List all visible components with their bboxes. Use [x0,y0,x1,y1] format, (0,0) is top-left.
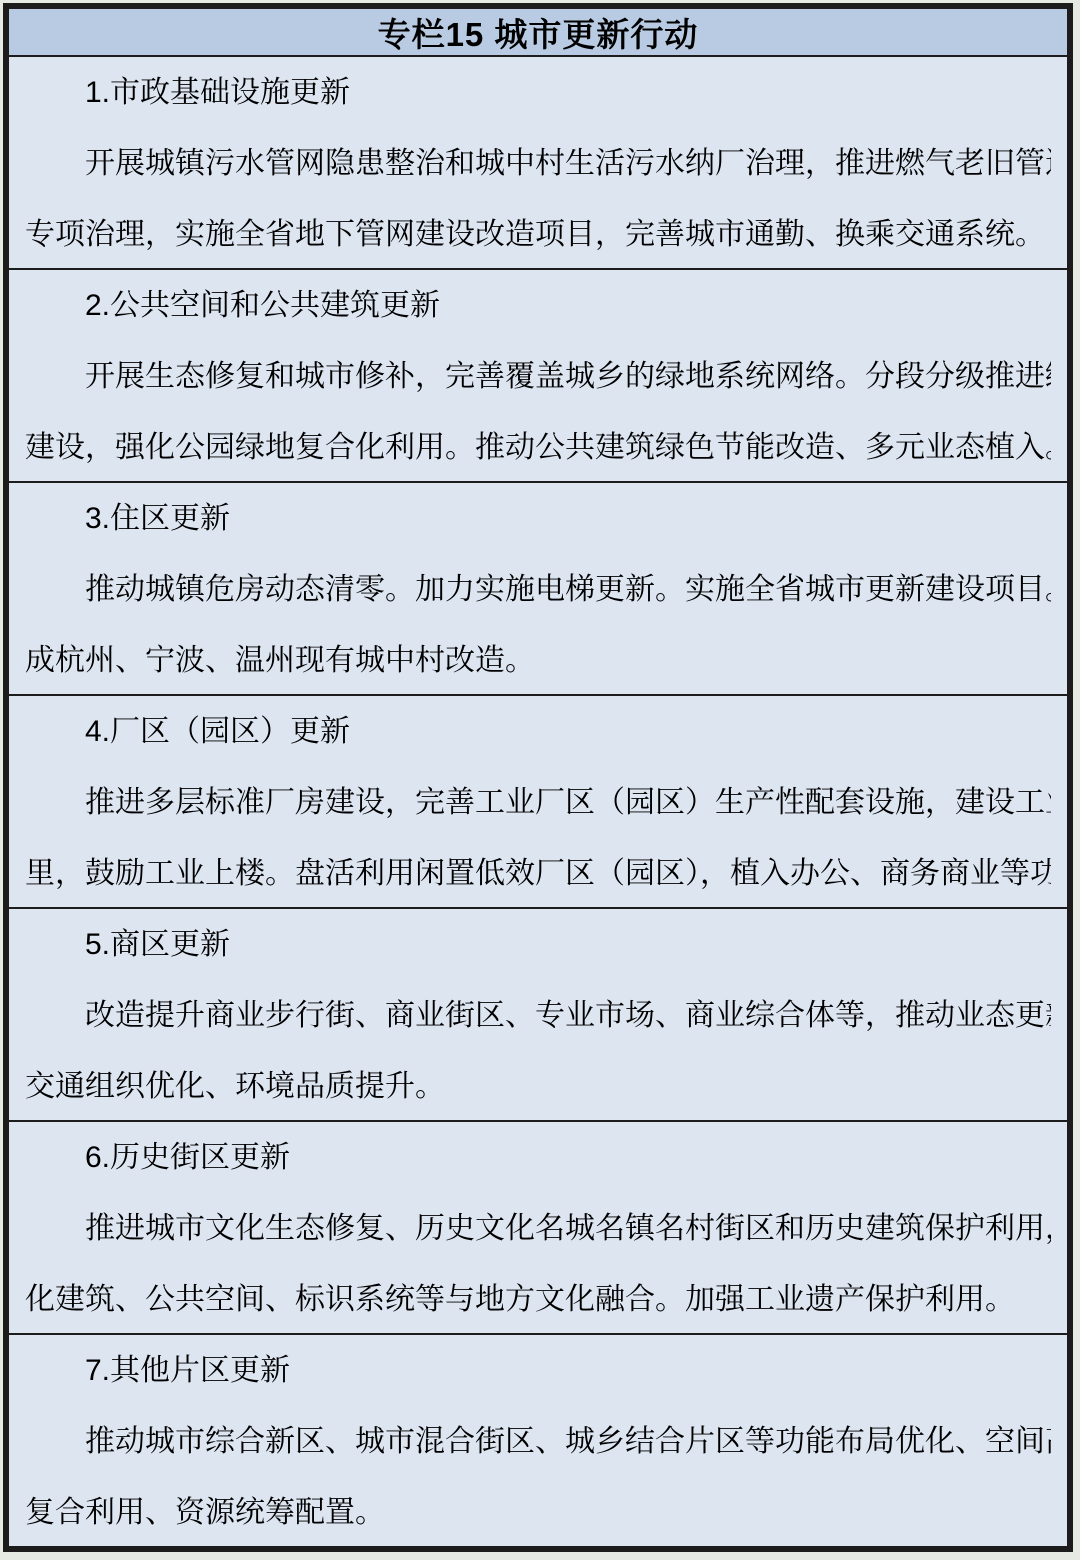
box-title: 专栏15 城市更新行动 [9,9,1067,57]
section-heading: 5.商区更新 [25,909,1051,980]
policy-box: 专栏15 城市更新行动 1.市政基础设施更新 开展城镇污水管网隐患整治和城中村生… [3,3,1073,1552]
section-text-line: 建设，强化公园绿地复合化利用。推动公共建筑绿色节能改造、多元业态植入。 [25,412,1051,483]
section-commercial-district: 5.商区更新 改造提升商业步行街、商业街区、专业市场、商业综合体等，推动业态更新… [9,909,1067,1122]
section-heading: 7.其他片区更新 [25,1335,1051,1406]
section-factory-park: 4.厂区（园区）更新 推进多层标准厂房建设，完善工业厂区（园区）生产性配套设施，… [9,696,1067,909]
section-heading: 6.历史街区更新 [25,1122,1051,1193]
section-text-line: 里，鼓励工业上楼。盘活利用闲置低效厂区（园区），植入办公、商务商业等功能。 [25,838,1051,909]
section-other-areas: 7.其他片区更新 推动城市综合新区、城市混合街区、城乡结合片区等功能布局优化、空… [9,1335,1067,1537]
section-heading: 1.市政基础设施更新 [25,57,1051,128]
section-text-line: 改造提升商业步行街、商业街区、专业市场、商业综合体等，推动业态更新、 [25,980,1051,1051]
section-residential: 3.住区更新 推动城镇危房动态清零。加力实施电梯更新。实施全省城市更新建设项目。… [9,483,1067,696]
section-text-line: 推动城镇危房动态清零。加力实施电梯更新。实施全省城市更新建设项目。完 [25,554,1051,625]
section-public-space-buildings: 2.公共空间和公共建筑更新 开展生态修复和城市修补，完善覆盖城乡的绿地系统网络。… [9,270,1067,483]
section-historic-district: 6.历史街区更新 推进城市文化生态修复、历史文化名城名镇名村街区和历史建筑保护利… [9,1122,1067,1335]
section-municipal-infrastructure: 1.市政基础设施更新 开展城镇污水管网隐患整治和城中村生活污水纳厂治理，推进燃气… [9,57,1067,270]
section-heading: 4.厂区（园区）更新 [25,696,1051,767]
section-heading: 2.公共空间和公共建筑更新 [25,270,1051,341]
section-text-line: 成杭州、宁波、温州现有城中村改造。 [25,625,1051,696]
section-heading: 3.住区更新 [25,483,1051,554]
section-text-line: 推动城市综合新区、城市混合街区、城乡结合片区等功能布局优化、空间高效 [25,1406,1051,1477]
section-text-line: 化建筑、公共空间、标识系统等与地方文化融合。加强工业遗产保护利用。 [25,1264,1051,1335]
section-text-line: 专项治理，实施全省地下管网建设改造项目，完善城市通勤、换乘交通系统。 [25,199,1051,270]
section-text-line: 推进城市文化生态修复、历史文化名城名镇名村街区和历史建筑保护利用，强 [25,1193,1051,1264]
section-text-line: 推进多层标准厂房建设，完善工业厂区（园区）生产性配套设施，建设工业邻 [25,767,1051,838]
section-text-line: 复合利用、资源统筹配置。 [25,1477,1051,1537]
section-text-line: 交通组织优化、环境品质提升。 [25,1051,1051,1122]
section-text-line: 开展生态修复和城市修补，完善覆盖城乡的绿地系统网络。分段分级推进绿道 [25,341,1051,412]
section-text-line: 开展城镇污水管网隐患整治和城中村生活污水纳厂治理，推进燃气老旧管道 [25,128,1051,199]
